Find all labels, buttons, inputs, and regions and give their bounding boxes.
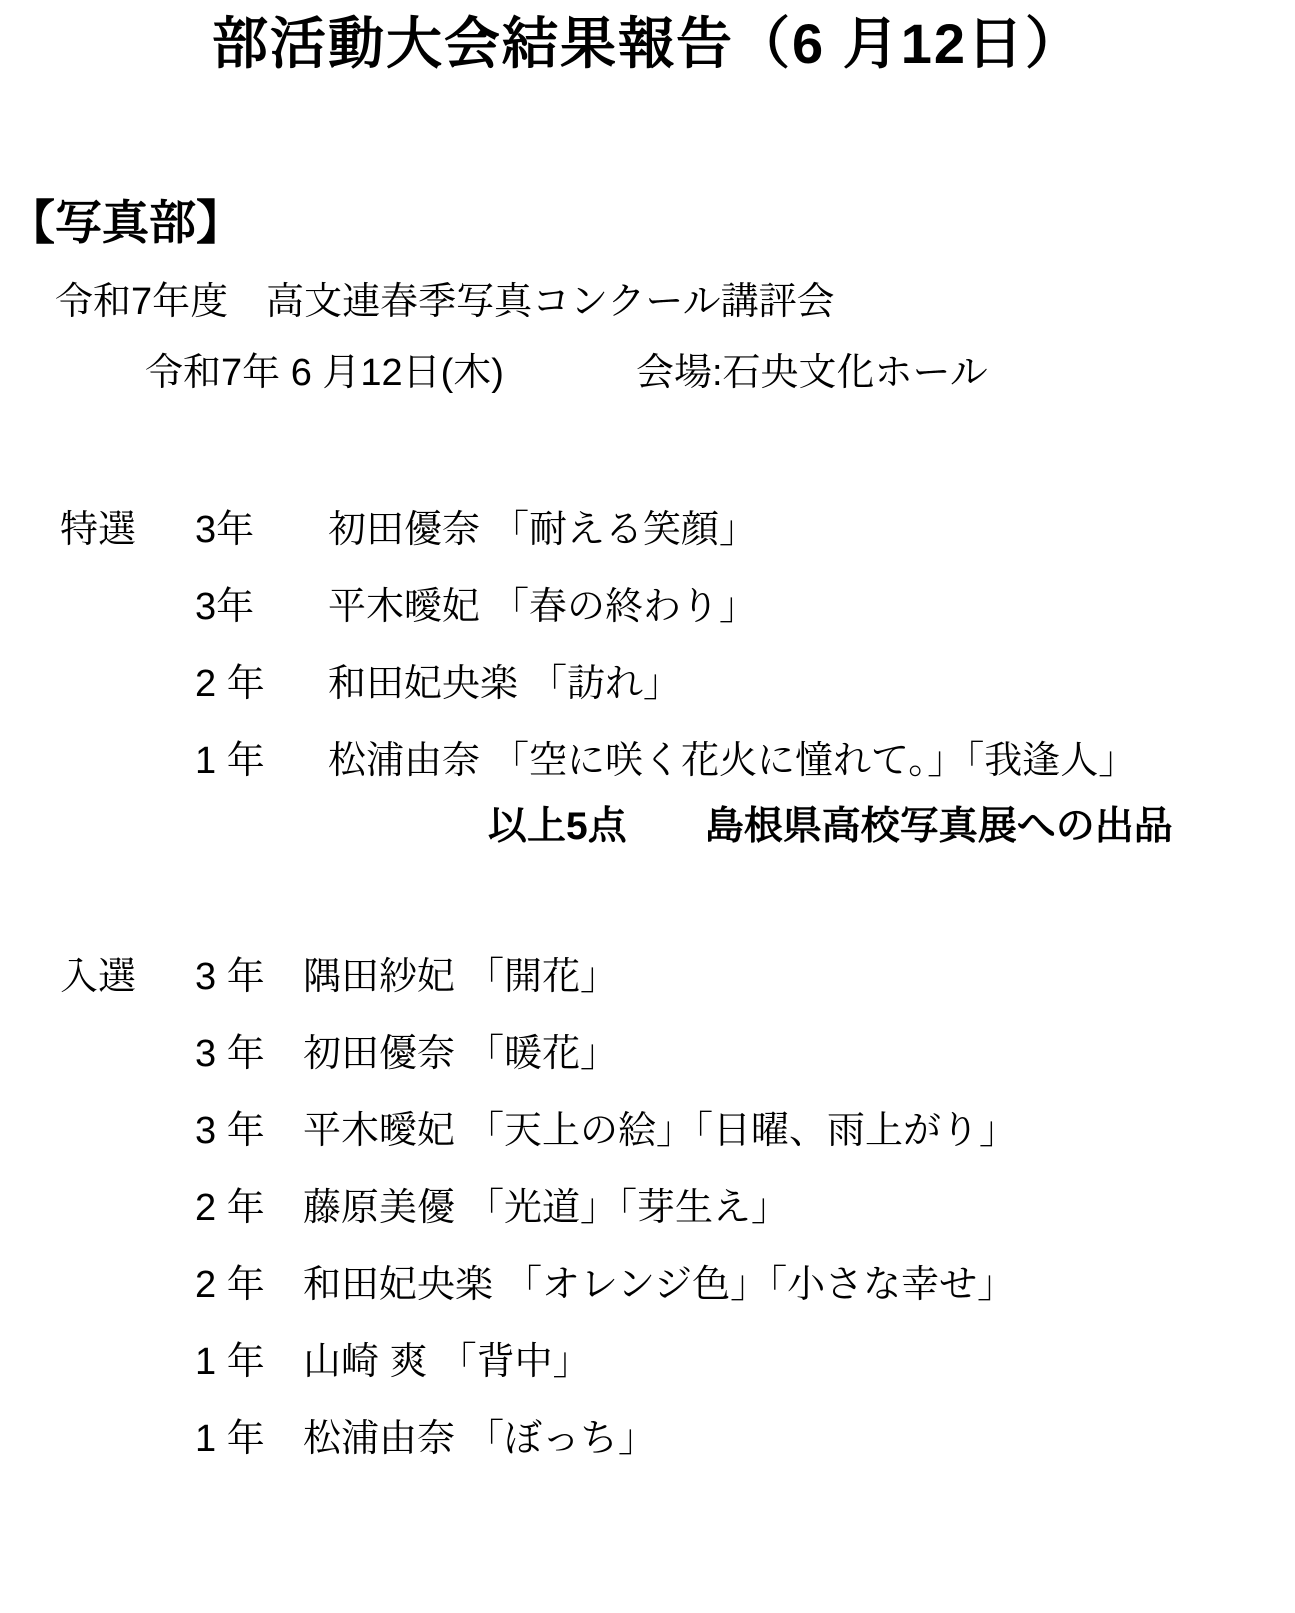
- award-row: 入選 3 年 隅田紗妃 「開花」: [60, 953, 1017, 1030]
- page-title: 部活動大会結果報告（6 月12日）: [0, 10, 1295, 77]
- club-section-header: 【写真部】: [8, 196, 243, 250]
- report-page: 部活動大会結果報告（6 月12日） 【写真部】 令和7年度 高文連春季写真コンク…: [0, 0, 1295, 1613]
- work-titles: 「天上の絵」「日曜、雨上がり」: [466, 1107, 1017, 1155]
- award-row: 1 年 山崎 爽 「背中」: [60, 1338, 1017, 1415]
- work-titles: 「ぼっち」: [466, 1415, 656, 1463]
- work-titles: 「空に咲く花火に憧れて。」「我逢人」: [491, 737, 1136, 785]
- work-titles: 「開花」: [466, 953, 618, 1001]
- work-titles: 「背中」: [439, 1338, 591, 1386]
- event-name: 令和7年度 高文連春季写真コンクール講評会: [55, 280, 835, 326]
- award-row: 3 年 初田優奈 「暖花」: [60, 1030, 1017, 1107]
- work-titles: 「暖花」: [466, 1030, 618, 1078]
- award-row: 2 年 和田妃央楽 「オレンジ色」「小さな幸せ」: [60, 1261, 1017, 1338]
- award-category-label: 特選: [60, 506, 195, 554]
- work-titles: 「光道」「芽生え」: [466, 1184, 789, 1232]
- student-name: 松浦由奈: [328, 737, 480, 785]
- award-row: 特選 3年 初田優奈 「耐える笑顔」: [60, 506, 1136, 583]
- grade-label: 3 年: [195, 953, 303, 1001]
- grade-label: 2 年: [195, 1261, 303, 1309]
- event-when-line: 令和7年 6 月12日(木) 会場:石央文化ホール: [145, 351, 988, 397]
- grade-label: 3 年: [195, 1030, 303, 1078]
- grade-label: 1 年: [195, 1415, 303, 1463]
- grade-label: 2 年: [195, 1184, 303, 1232]
- event-venue: 会場:石央文化ホール: [636, 351, 988, 397]
- student-name: 平木曖妃: [328, 583, 480, 631]
- student-name: 平木曖妃: [303, 1107, 455, 1155]
- award-row: 1 年 松浦由奈 「ぼっち」: [60, 1415, 1017, 1492]
- award-row: 1 年 松浦由奈 「空に咲く花火に憧れて。」「我逢人」: [60, 737, 1136, 814]
- grade-label: 3年: [195, 583, 328, 631]
- grade-label: 3年: [195, 506, 328, 554]
- award-row: 2 年 藤原美優 「光道」「芽生え」: [60, 1184, 1017, 1261]
- grade-label: 3 年: [195, 1107, 303, 1155]
- work-titles: 「春の終わり」: [491, 583, 757, 631]
- award-row: 2 年 和田妃央楽 「訪れ」: [60, 660, 1136, 737]
- student-name: 和田妃央楽: [328, 660, 518, 708]
- award-category-label: 入選: [60, 953, 195, 1001]
- student-name: 山崎 爽: [303, 1338, 428, 1386]
- award-row: 3年 平木曖妃 「春の終わり」: [60, 583, 1136, 660]
- student-name: 和田妃央楽: [303, 1261, 493, 1309]
- student-name: 藤原美優: [303, 1184, 455, 1232]
- grade-label: 1 年: [195, 1338, 303, 1386]
- event-date: 令和7年 6 月12日(木): [145, 351, 504, 397]
- work-titles: 「訪れ」: [529, 660, 681, 708]
- student-name: 隅田紗妃: [303, 953, 455, 1001]
- work-titles: 「耐える笑顔」: [491, 506, 757, 554]
- work-titles: 「オレンジ色」「小さな幸せ」: [504, 1261, 1015, 1309]
- student-name: 松浦由奈: [303, 1415, 455, 1463]
- grade-label: 1 年: [195, 737, 328, 785]
- entry-summary-line: 以上5点 島根県高校写真展への出品: [488, 804, 1173, 851]
- student-name: 初田優奈: [328, 506, 480, 554]
- tokusen-section: 特選 3年 初田優奈 「耐える笑顔」 3年 平木曖妃 「春の終わり」 2 年 和…: [60, 506, 1136, 814]
- grade-label: 2 年: [195, 660, 328, 708]
- nyusen-section: 入選 3 年 隅田紗妃 「開花」 3 年 初田優奈 「暖花」 3 年 平木曖妃 …: [60, 953, 1017, 1492]
- student-name: 初田優奈: [303, 1030, 455, 1078]
- award-row: 3 年 平木曖妃 「天上の絵」「日曜、雨上がり」: [60, 1107, 1017, 1184]
